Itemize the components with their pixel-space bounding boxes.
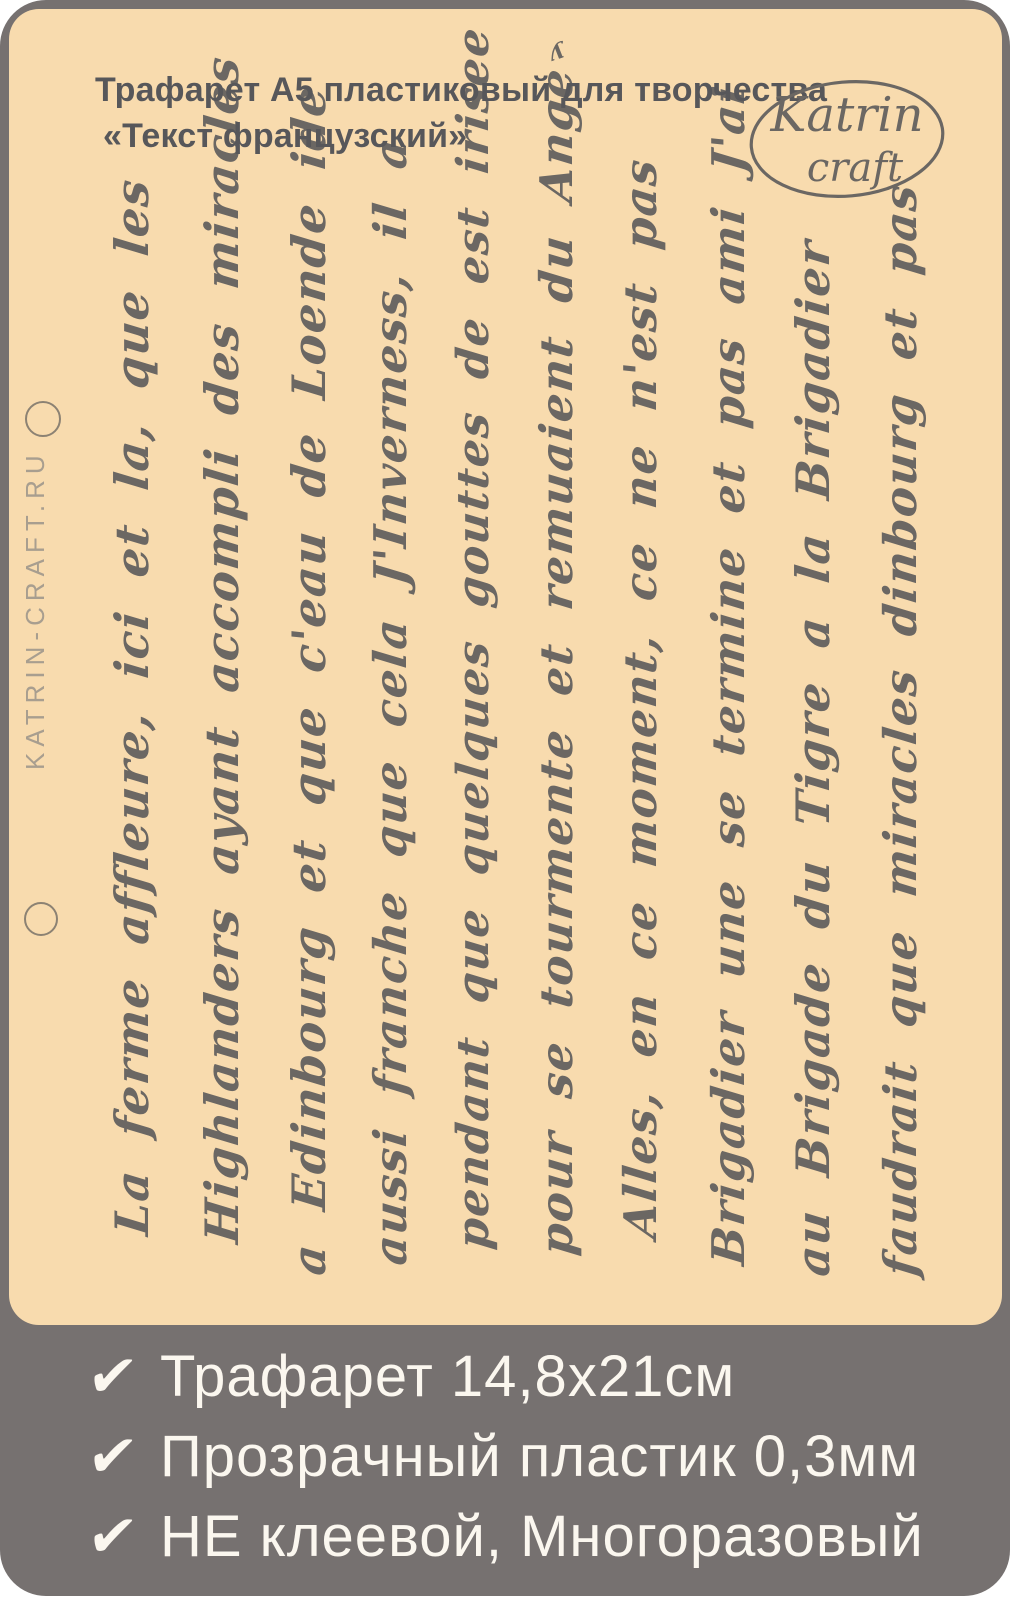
feature-row-size: ✔ Трафарет 14,8х21см — [88, 1342, 924, 1410]
product-title: Трафарет А5 пластиковый для творчества «… — [95, 67, 827, 159]
script-fragment: ʎ — [549, 37, 566, 67]
script-line-2: Highlanders ayant accompli des miracles — [195, 53, 249, 1246]
script-line-3: a Edinbourg et que c'eau de Loende ide — [282, 83, 336, 1278]
checkmark-icon: ✔ — [83, 1502, 165, 1570]
product-title-line2: «Текст французский» — [95, 113, 827, 159]
feature-text-reusable: НЕ клеевой, Многоразовый — [160, 1507, 924, 1567]
feature-row-material: ✔ Прозрачный пластик 0,3мм — [88, 1422, 924, 1490]
logo-text-katrin: Katrin — [770, 87, 924, 143]
script-line-4: aussi franche que cela J'Inverness, il a — [364, 135, 417, 1267]
script-line-8: Brigadier une se termine et pas ami J'ai — [702, 82, 755, 1267]
watermark-site-url: KATRIN-CRAFT.RU — [20, 470, 60, 770]
stencil-card: Трафарет А5 пластиковый для творчества «… — [9, 9, 1002, 1325]
script-line-9: au Brigade du Tigre a la Brigadier — [786, 237, 840, 1279]
product-title-line1: Трафарет А5 пластиковый для творчества — [95, 67, 827, 113]
script-line-10: faudrait que miracles dinbourg et pas — [874, 181, 927, 1279]
logo-text-craft: craft — [807, 145, 904, 191]
katrin-craft-logo: Katrin craft — [735, 57, 955, 217]
feature-text-size: Трафарет 14,8х21см — [160, 1347, 735, 1407]
stencil-hole-bottom — [24, 902, 58, 936]
feature-list: ✔ Трафарет 14,8х21см ✔ Прозрачный пласти… — [88, 1342, 924, 1570]
feature-text-material: Прозрачный пластик 0,3мм — [160, 1427, 919, 1487]
poster-background: Трафарет А5 пластиковый для творчества «… — [0, 0, 1010, 1596]
script-line-1: La ferme affleure, ici et la, que les — [105, 176, 159, 1238]
checkmark-icon: ✔ — [83, 1342, 165, 1410]
checkmark-icon: ✔ — [83, 1422, 165, 1490]
stencil-hole-top — [25, 401, 61, 437]
product-image: Трафарет А5 пластиковый для творчества «… — [0, 0, 1010, 1600]
script-line-7: Alles, en ce moment, ce ne n'est pas — [614, 156, 667, 1241]
script-line-5: pendant que quelques gouttes de est iris… — [448, 24, 499, 1251]
feature-row-reusable: ✔ НЕ клеевой, Многоразовый — [88, 1502, 924, 1570]
script-line-6: pour se tourmente et remuaient du Ange — [530, 65, 583, 1257]
